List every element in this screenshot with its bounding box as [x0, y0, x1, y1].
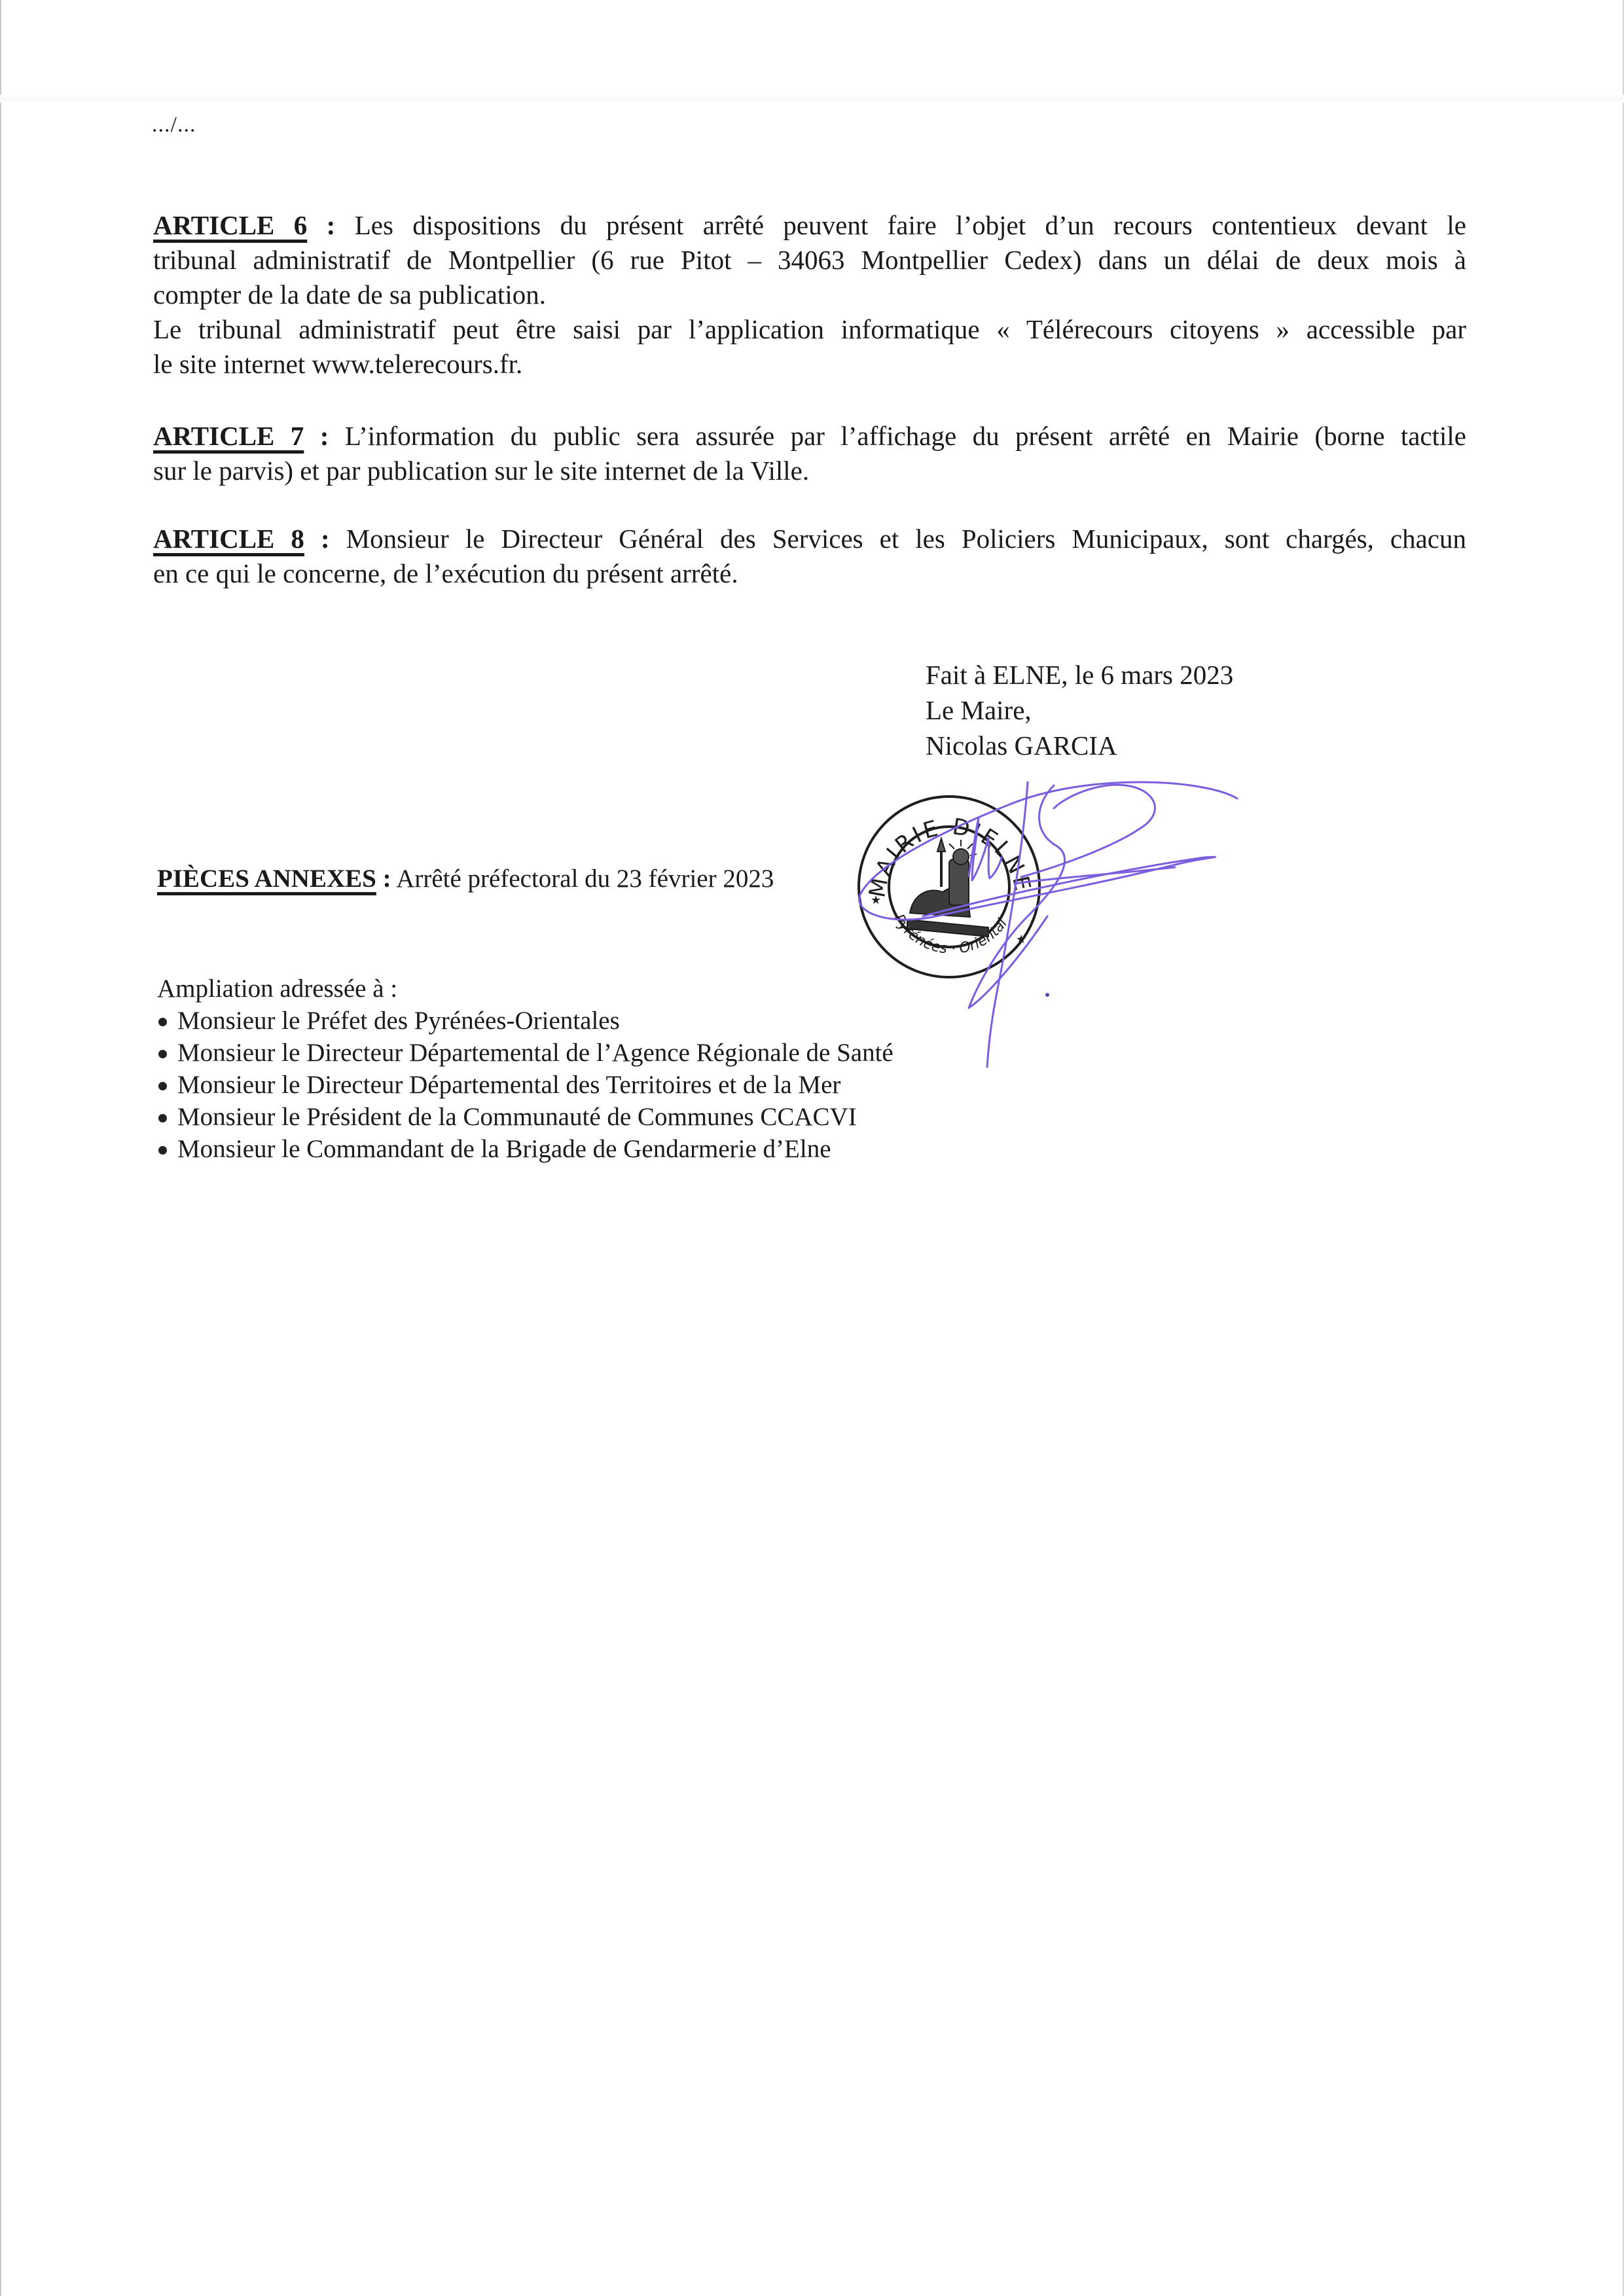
signatory-title: Le Maire,: [926, 692, 1233, 728]
article-7-line-2: sur le parvis) et par publication sur le…: [153, 454, 1466, 488]
annexes-label: PIÈCES ANNEXES: [157, 865, 376, 893]
bullet-icon: [158, 1082, 167, 1090]
article-8-line-1: ARTICLE 8 : Monsieur le Directeur Généra…: [153, 522, 1466, 556]
article-6-label: ARTICLE 6: [153, 210, 307, 240]
article-7-line-1: ARTICLE 7 : L’information du public sera…: [153, 419, 1466, 454]
ampliation-heading: Ampliation adressée à :: [157, 973, 893, 1005]
svg-text:★: ★: [871, 893, 881, 907]
article-6-line-5: le site internet www.telerecours.fr.: [153, 347, 1466, 382]
continuation-mark: .../...: [152, 113, 196, 137]
annexes-colon: :: [376, 865, 391, 893]
signatory-name: Nicolas GARCIA: [926, 728, 1233, 763]
article-8: ARTICLE 8 : Monsieur le Directeur Généra…: [153, 522, 1466, 591]
bullet-icon: [158, 1146, 167, 1155]
article-8-colon: :: [304, 524, 330, 554]
bullet-icon: [158, 1050, 167, 1058]
recipient-text: Monsieur le Préfet des Pyrénées-Oriental…: [177, 1007, 620, 1035]
recipient-text: Monsieur le Commandant de la Brigade de …: [177, 1135, 831, 1163]
annexes-value: Arrêté préfectoral du 23 février 2023: [391, 865, 774, 893]
article-7-text-line-1: L’information du public sera assurée par…: [329, 421, 1466, 451]
article-6-text-line-1: Les dispositions du présent arrêté peuve…: [335, 210, 1466, 240]
article-6-colon: :: [307, 210, 335, 240]
article-7-label: ARTICLE 7: [153, 421, 304, 451]
article-8-text-line-1: Monsieur le Directeur Général des Servic…: [330, 524, 1466, 554]
mairie-stamp-seal-icon: MAIRIE D'ELNE Pyrénées · Orientales ★ ★: [851, 789, 1047, 985]
bullet-icon: [158, 1114, 167, 1122]
ampliation-section: Ampliation adressée à : Monsieur le Préf…: [157, 973, 893, 1165]
article-6-line-1: ARTICLE 6 : Les dispositions du présent …: [153, 208, 1466, 243]
annexes-line: PIÈCES ANNEXES : Arrêté préfectoral du 2…: [157, 864, 774, 893]
list-item: Monsieur le Préfet des Pyrénées-Oriental…: [157, 1005, 893, 1037]
recipient-text: Monsieur le Directeur Départemental des …: [177, 1071, 840, 1099]
article-6-line-2: tribunal administratif de Montpellier (6…: [153, 243, 1466, 278]
signature-block: Fait à ELNE, le 6 mars 2023 Le Maire, Ni…: [926, 657, 1233, 763]
list-item: Monsieur le Directeur Départemental des …: [157, 1069, 893, 1101]
bullet-icon: [158, 1018, 167, 1026]
article-7: ARTICLE 7 : L’information du public sera…: [153, 419, 1466, 488]
recipient-text: Monsieur le Directeur Départemental de l…: [177, 1039, 893, 1067]
list-item: Monsieur le Président de la Communauté d…: [157, 1101, 893, 1133]
article-6-line-3: compter de la date de sa publication.: [153, 278, 1466, 312]
article-6: ARTICLE 6 : Les dispositions du présent …: [153, 208, 1466, 382]
scan-artifact-band: [0, 95, 1624, 103]
article-7-colon: :: [304, 421, 329, 451]
article-8-label: ARTICLE 8: [153, 524, 304, 554]
list-item: Monsieur le Directeur Départemental de l…: [157, 1037, 893, 1069]
recipient-text: Monsieur le Président de la Communauté d…: [177, 1103, 857, 1131]
place-and-date: Fait à ELNE, le 6 mars 2023: [926, 657, 1233, 692]
svg-text:★: ★: [1016, 933, 1026, 946]
article-6-line-4: Le tribunal administratif peut être sais…: [153, 312, 1466, 347]
recipient-list: Monsieur le Préfet des Pyrénées-Oriental…: [157, 1005, 893, 1165]
page-edge-left: [0, 0, 1, 2296]
article-8-line-2: en ce qui le concerne, de l’exécution du…: [153, 556, 1466, 591]
list-item: Monsieur le Commandant de la Brigade de …: [157, 1133, 893, 1165]
